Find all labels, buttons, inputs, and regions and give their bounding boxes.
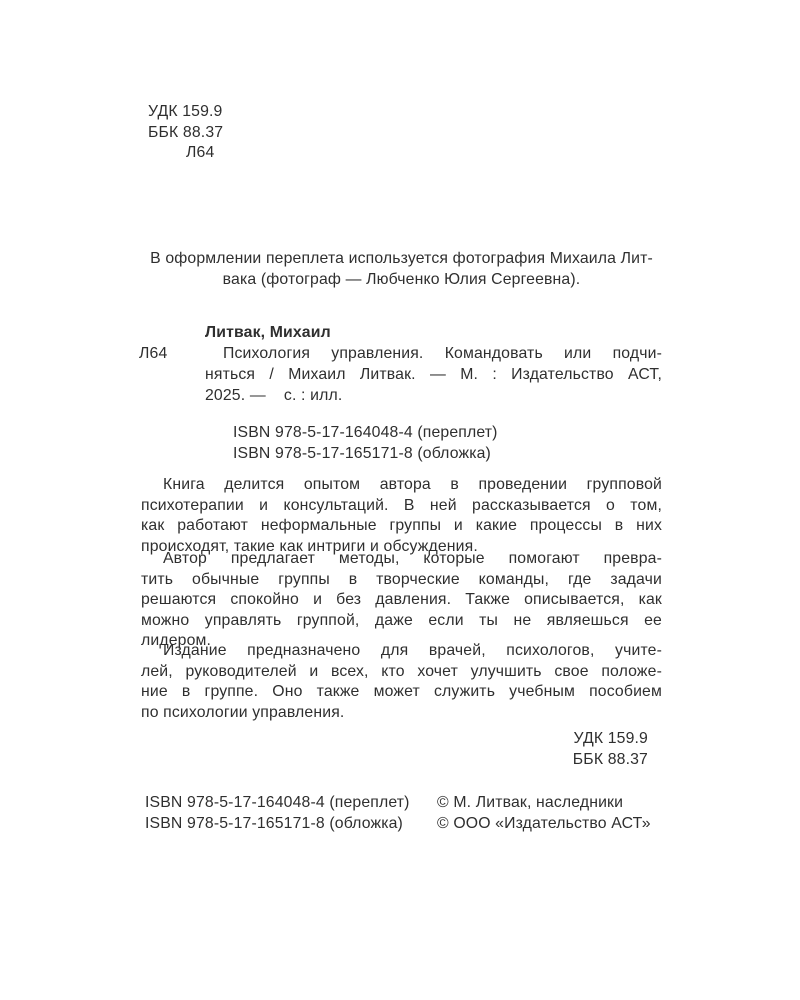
annotation-line: как работают неформальные группы и какие… <box>141 516 662 537</box>
annotation-line: можно управлять группой, даже если ты не… <box>141 611 662 632</box>
imprint-copyright: © М. Литвак, наследники <box>437 792 651 813</box>
catalog-line: няться / Михаил Литвак. — М. : Издательс… <box>205 364 662 385</box>
imprint-isbn: ISBN 978-5-17-164048-4 (переплет) <box>145 792 437 813</box>
catalog-entry: Литвак, Михаил Психология управления. Ко… <box>205 322 662 406</box>
imprint-isbn: ISBN 978-5-17-165171-8 (обложка) <box>145 813 437 834</box>
author-sign: Л64 <box>148 143 223 164</box>
isbn-block: ISBN 978-5-17-164048-4 (переплет) ISBN 9… <box>233 423 498 464</box>
imprint-block: ISBN 978-5-17-164048-4 (переплет) © М. Л… <box>145 792 651 834</box>
annotation-line: Автор предлагает методы, которые помогаю… <box>141 549 662 570</box>
catalog-author: Литвак, Михаил <box>205 322 662 343</box>
isbn-line: ISBN 978-5-17-165171-8 (обложка) <box>233 444 498 465</box>
photo-credit-line: вака (фотограф — Любченко Юлия Сергеевна… <box>141 270 662 291</box>
annotation-line: Книга делится опытом автора в проведении… <box>141 475 662 496</box>
annotation-line: тить обычные группы в творческие команды… <box>141 570 662 591</box>
annotation-line: по психологии управления. <box>141 703 662 724</box>
top-catalog-codes: УДК 159.9 ББК 88.37 Л64 <box>148 102 223 164</box>
photo-credit-line: В оформлении переплета используется фото… <box>141 249 662 270</box>
copyright-page: УДК 159.9 ББК 88.37 Л64 В оформлении пер… <box>0 0 800 1000</box>
annotation-line: решаются спокойно и без давления. Также … <box>141 590 662 611</box>
isbn-line: ISBN 978-5-17-164048-4 (переплет) <box>233 423 498 444</box>
annotation-paragraph-1: Книга делится опытом автора в проведении… <box>141 475 662 557</box>
annotation-line: психотерапии и консультаций. В ней расск… <box>141 496 662 517</box>
imprint-copyright: © ООО «Издательство АСТ» <box>437 813 651 834</box>
udk-code: УДК 159.9 <box>148 102 223 123</box>
catalog-line: 2025. — с. : илл. <box>205 385 662 406</box>
annotation-line: Издание предназначено для врачей, психол… <box>141 641 662 662</box>
imprint-row: ISBN 978-5-17-164048-4 (переплет) © М. Л… <box>145 792 651 813</box>
annotation-paragraph-3: Издание предназначено для врачей, психол… <box>141 641 662 723</box>
catalog-line: Психология управления. Командовать или п… <box>205 343 662 364</box>
bottom-catalog-codes: УДК 159.9 ББК 88.37 <box>141 729 648 770</box>
imprint-row: ISBN 978-5-17-165171-8 (обложка) © ООО «… <box>145 813 651 834</box>
photo-credit: В оформлении переплета используется фото… <box>141 249 662 290</box>
bbk-code-bottom: ББК 88.37 <box>141 750 648 771</box>
annotation-paragraph-2: Автор предлагает методы, которые помогаю… <box>141 549 662 652</box>
udk-code-bottom: УДК 159.9 <box>141 729 648 750</box>
annotation-line: ние в группе. Оно также может служить уч… <box>141 682 662 703</box>
catalog-author-sign: Л64 <box>139 345 167 363</box>
bbk-code: ББК 88.37 <box>148 123 223 144</box>
annotation-line: лей, руководителей и всех, кто хочет улу… <box>141 662 662 683</box>
